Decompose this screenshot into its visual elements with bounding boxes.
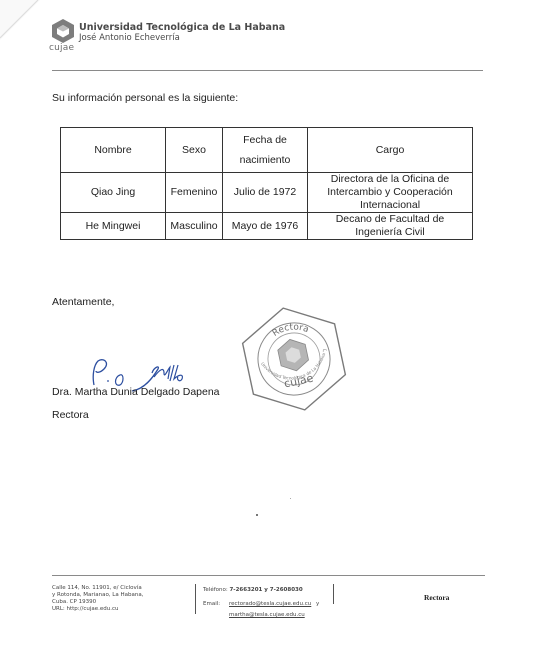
cujae-logo-icon [52,19,74,43]
signer-role: Rectora [52,409,89,421]
scan-speck [256,514,258,516]
cell-sexo: Femenino [166,173,223,213]
signer-name: Dra. Martha Dunia Delgado Dapena [52,386,220,398]
address-line: Cuba. CP 19390 [52,599,143,606]
footer-email-2: martha@tesla.cujae.edu.cu [229,612,305,618]
footer-divider [52,575,485,576]
header-fecha-line2: nacimiento [226,150,304,170]
university-name: Universidad Tecnológica de La Habana [79,22,285,33]
address-line: URL: http://cujae.edu.cu [52,606,143,613]
footer-email-1: rectorado@tesla.cujae.edu.cu y [229,601,319,607]
cell-nombre: Qiao Jing [61,173,166,213]
table-header-row: Nombre Sexo Fecha de nacimiento Cargo [61,128,473,173]
seal-center-text: cujae [283,372,315,391]
closing-text: Atentamente, [52,296,114,308]
cell-sexo: Masculino [166,213,223,240]
email-link-rectorado[interactable]: rectorado@tesla.cujae.edu.cu [229,601,311,607]
header-sexo: Sexo [166,128,223,173]
address-line: y Rotonda, Marianao, La Habana, [52,592,143,599]
cell-fecha: Mayo de 1976 [223,213,308,240]
cell-cargo: Decano de Facultad de Ingeniería Civil [308,213,473,240]
seal-top-text: Rectora [270,319,312,342]
header-fecha-line1: Fecha de [226,130,304,150]
header-nombre: Nombre [61,128,166,173]
page-fold-decoration [0,0,40,40]
footer-separator [333,584,334,604]
cell-nombre: He Mingwei [61,213,166,240]
footer-phone: Teléfono: 7-2663201 y 7-2608030 [203,587,303,593]
address-line: Calle 114, No. 11901, e/ Ciclovía [52,585,143,592]
email-joiner: y [316,601,319,607]
table-row: Qiao Jing Femenino Julio de 1972 Directo… [61,173,473,213]
footer-role: Rectora [424,593,449,602]
logo-wordmark: cujae [49,43,74,53]
intro-text: Su información personal es la siguiente: [52,92,238,104]
phone-value: 7-2663201 y 7-2608030 [229,587,302,593]
university-subtitle: José Antonio Echeverría [79,33,180,43]
email-label: Email: [203,601,220,607]
footer-address: Calle 114, No. 11901, e/ Ciclovía y Roto… [52,585,143,613]
footer-separator [195,584,196,614]
official-seal-icon: Rectora Universidad Tecnológica de La Ha… [238,303,350,415]
email-link-martha[interactable]: martha@tesla.cujae.edu.cu [229,612,305,618]
phone-label: Teléfono: [203,587,228,593]
header-divider [52,70,483,71]
cell-cargo: Directora de la Oficina de Intercambio y… [308,173,473,213]
svg-text:Rectora: Rectora [270,319,312,342]
cell-fecha: Julio de 1972 [223,173,308,213]
header-cargo: Cargo [308,128,473,173]
personal-info-table: Nombre Sexo Fecha de nacimiento Cargo Qi… [60,127,473,240]
table-row: He Mingwei Masculino Mayo de 1976 Decano… [61,213,473,240]
header-fecha: Fecha de nacimiento [223,128,308,173]
scan-speck [290,498,291,499]
